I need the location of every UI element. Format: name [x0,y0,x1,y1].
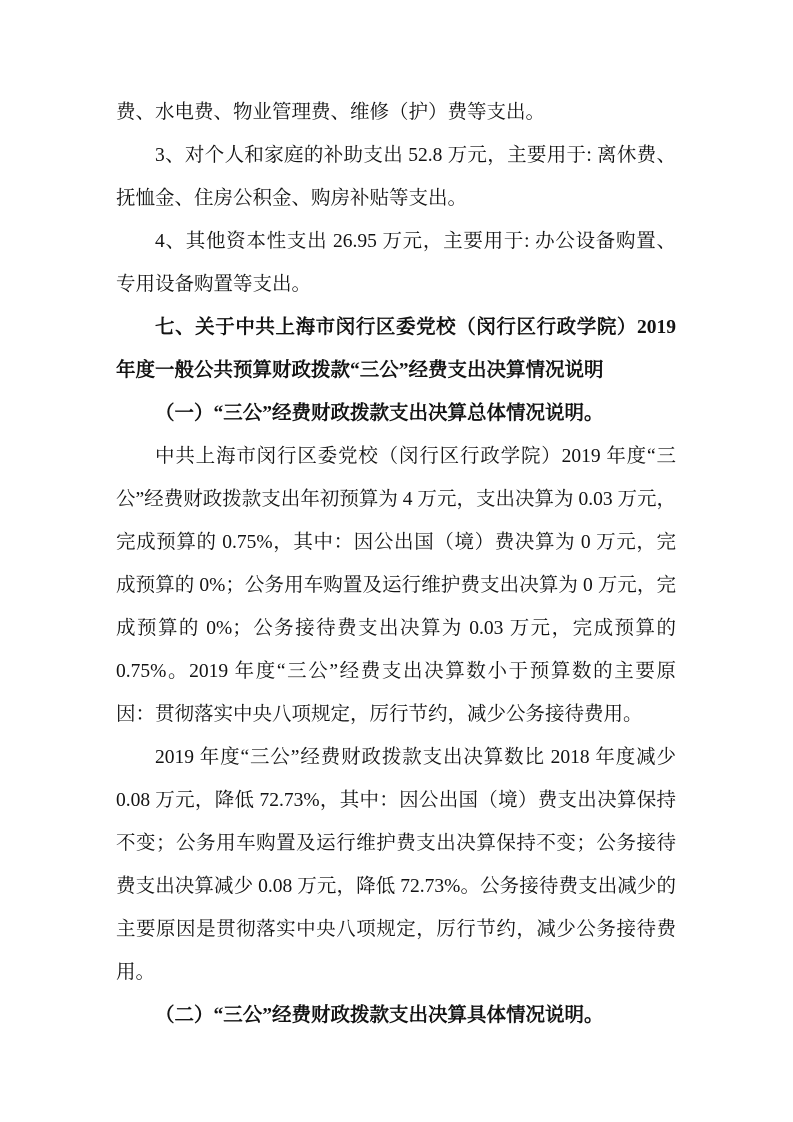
document-body: 费、水电费、物业管理费、维修（护）费等支出。 3、对个人和家庭的补助支出 52.… [116,0,676,1037]
paragraph-item-4-capital-expense: 4、其他资本性支出 26.95 万元，主要用于: 办公设备购置、专用设备购置等支… [116,220,676,306]
document-page: 费、水电费、物业管理费、维修（护）费等支出。 3、对个人和家庭的补助支出 52.… [0,0,793,1122]
subsection-one-heading: （一）“三公”经费财政拨款支出决算总体情况说明。 [116,392,676,435]
section-seven-heading: 七、关于中共上海市闵行区委党校（闵行区行政学院）2019 年度一般公共预算财政拨… [116,306,676,392]
paragraph-year-over-year-comparison: 2019 年度“三公”经费财政拨款支出决算数比 2018 年度减少 0.08 万… [116,736,676,994]
paragraph-expense-continuation: 费、水电费、物业管理费、维修（护）费等支出。 [116,91,676,134]
paragraph-overall-situation: 中共上海市闵行区委党校（闵行区行政学院）2019 年度“三公”经费财政拨款支出年… [116,435,676,736]
subsection-two-heading: （二）“三公”经费财政拨款支出决算具体情况说明。 [116,994,676,1037]
paragraph-item-3-subsidies: 3、对个人和家庭的补助支出 52.8 万元，主要用于: 离休费、抚恤金、住房公积… [116,134,676,220]
